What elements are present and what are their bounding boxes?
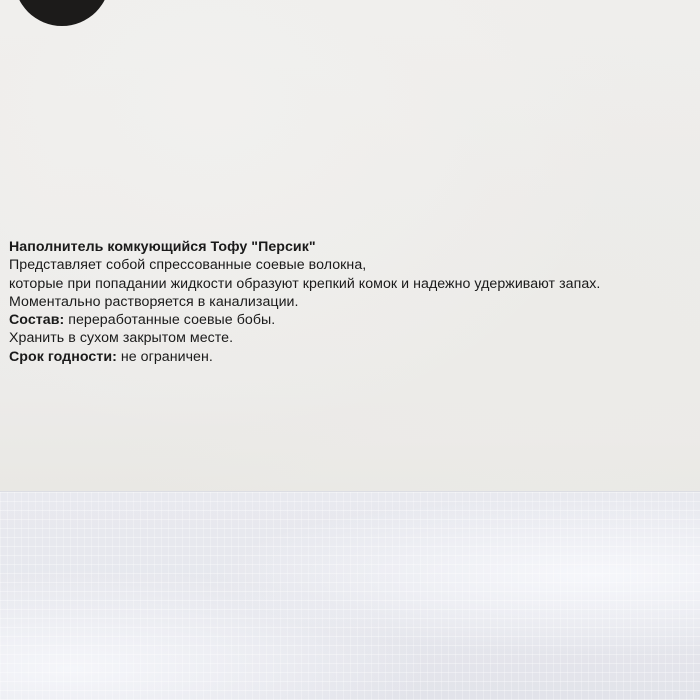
woven-bag-texture (0, 492, 700, 700)
description-line-2: которые при попадании жидкости образуют … (9, 275, 600, 293)
shelf-life-value: не ограничен. (117, 349, 213, 365)
product-title: Наполнитель комкующийся Тофу "Персик" (9, 238, 600, 256)
shelf-life-line: Срок годности: не ограничен. (9, 348, 600, 366)
composition-value: переработанные соевые бобы. (64, 312, 275, 328)
composition-line: Состав: переработанные соевые бобы. (9, 311, 600, 329)
description-line-1: Представляет собой спрессованные соевые … (9, 256, 600, 274)
description-line-3: Моментально растворяется в канализации. (9, 293, 600, 311)
shelf-life-label: Срок годности: (9, 349, 117, 365)
product-label: Наполнитель комкующийся Тофу "Персик" Пр… (9, 238, 600, 366)
storage-line: Хранить в сухом закрытом месте. (9, 329, 600, 347)
composition-label: Состав: (9, 312, 64, 328)
